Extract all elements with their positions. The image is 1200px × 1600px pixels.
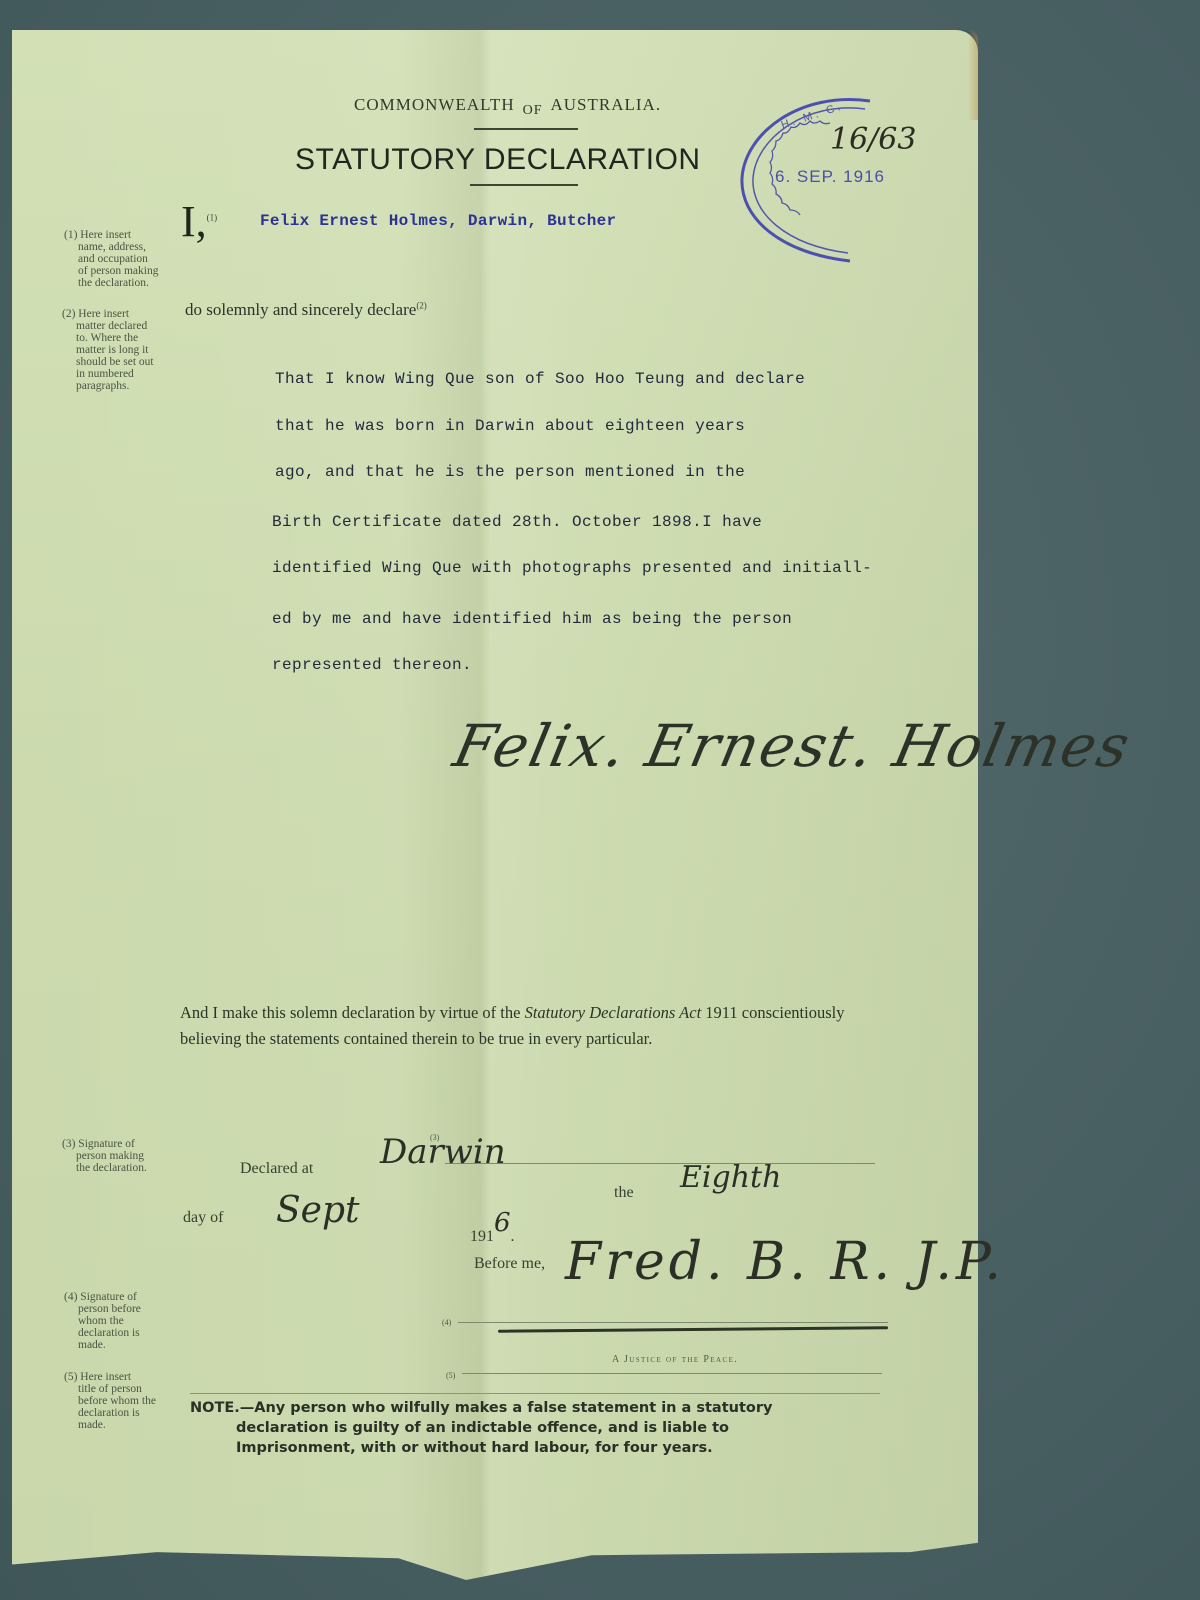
jp-title-label: A Justice of the Peace. — [612, 1354, 738, 1365]
declarant-pronoun: I,(1) — [181, 196, 217, 247]
margin-note-3: (3) Signature of person making the decla… — [62, 1138, 187, 1174]
month-handwritten: Sept — [276, 1190, 359, 1231]
title-rule-bottom — [470, 184, 578, 186]
day-handwritten: Eighth — [680, 1160, 781, 1195]
body-line: That I know Wing Que son of Soo Hoo Teun… — [275, 370, 805, 388]
margin-note-2: (2) Here insert matter declared to. Wher… — [62, 308, 187, 392]
page-title: STATUTORY DECLARATION — [295, 143, 701, 177]
declare-phrase: do solemnly and sincerely declare(2) — [185, 300, 427, 320]
day-of-label: day of — [183, 1209, 223, 1227]
title-line-5 — [462, 1373, 882, 1374]
year-field: 1916. — [470, 1218, 515, 1248]
jp-signature: Fred. B. R. J.P. — [565, 1232, 1005, 1292]
of-text: OF — [523, 103, 543, 118]
marker-4: (4) — [442, 1318, 451, 1327]
body-line: represented thereon. — [272, 656, 472, 674]
header-commonwealth: COMMONWEALTHOFAUSTRALIA. — [354, 95, 661, 115]
body-line: that he was born in Darwin about eightee… — [275, 417, 745, 435]
australia-text: AUSTRALIA. — [551, 95, 662, 114]
penalty-note: NOTE.—Any person who wilfully makes a fa… — [190, 1398, 870, 1458]
stamp-date: 6. SEP. 1916 — [775, 167, 885, 187]
body-line: identified Wing Que with photographs pre… — [272, 559, 872, 577]
signature-line-4 — [458, 1322, 888, 1323]
marker-5: (5) — [446, 1371, 455, 1380]
margin-note-1: (1) Here insert name, address, and occup… — [64, 229, 189, 289]
margin-note-5: (5) Here insert title of person before w… — [64, 1371, 189, 1431]
body-line: ed by me and have identified him as bein… — [272, 610, 792, 628]
body-line: ago, and that he is the person mentioned… — [275, 463, 745, 481]
body-line: Birth Certificate dated 28th. October 18… — [272, 513, 762, 531]
declared-at-label: Declared at — [240, 1160, 313, 1178]
the-label: the — [614, 1184, 634, 1202]
handwritten-reference: 16/63 — [830, 122, 916, 157]
title-rule-top — [474, 128, 578, 130]
margin-note-4: (4) Signature of person before whom the … — [64, 1291, 189, 1351]
commonwealth-text: COMMONWEALTH — [354, 95, 515, 114]
declarant-name-typed: Felix Ernest Holmes, Darwin, Butcher — [260, 212, 616, 230]
declarant-signature: Felix. Ernest. Holmes — [448, 712, 1137, 780]
signature-line-3 — [445, 1163, 875, 1164]
solemn-clause: And I make this solemn declaration by vi… — [180, 1000, 880, 1052]
before-me-label: Before me, — [474, 1255, 545, 1273]
divider-line — [190, 1393, 880, 1394]
place-handwritten: Darwin — [380, 1132, 506, 1172]
